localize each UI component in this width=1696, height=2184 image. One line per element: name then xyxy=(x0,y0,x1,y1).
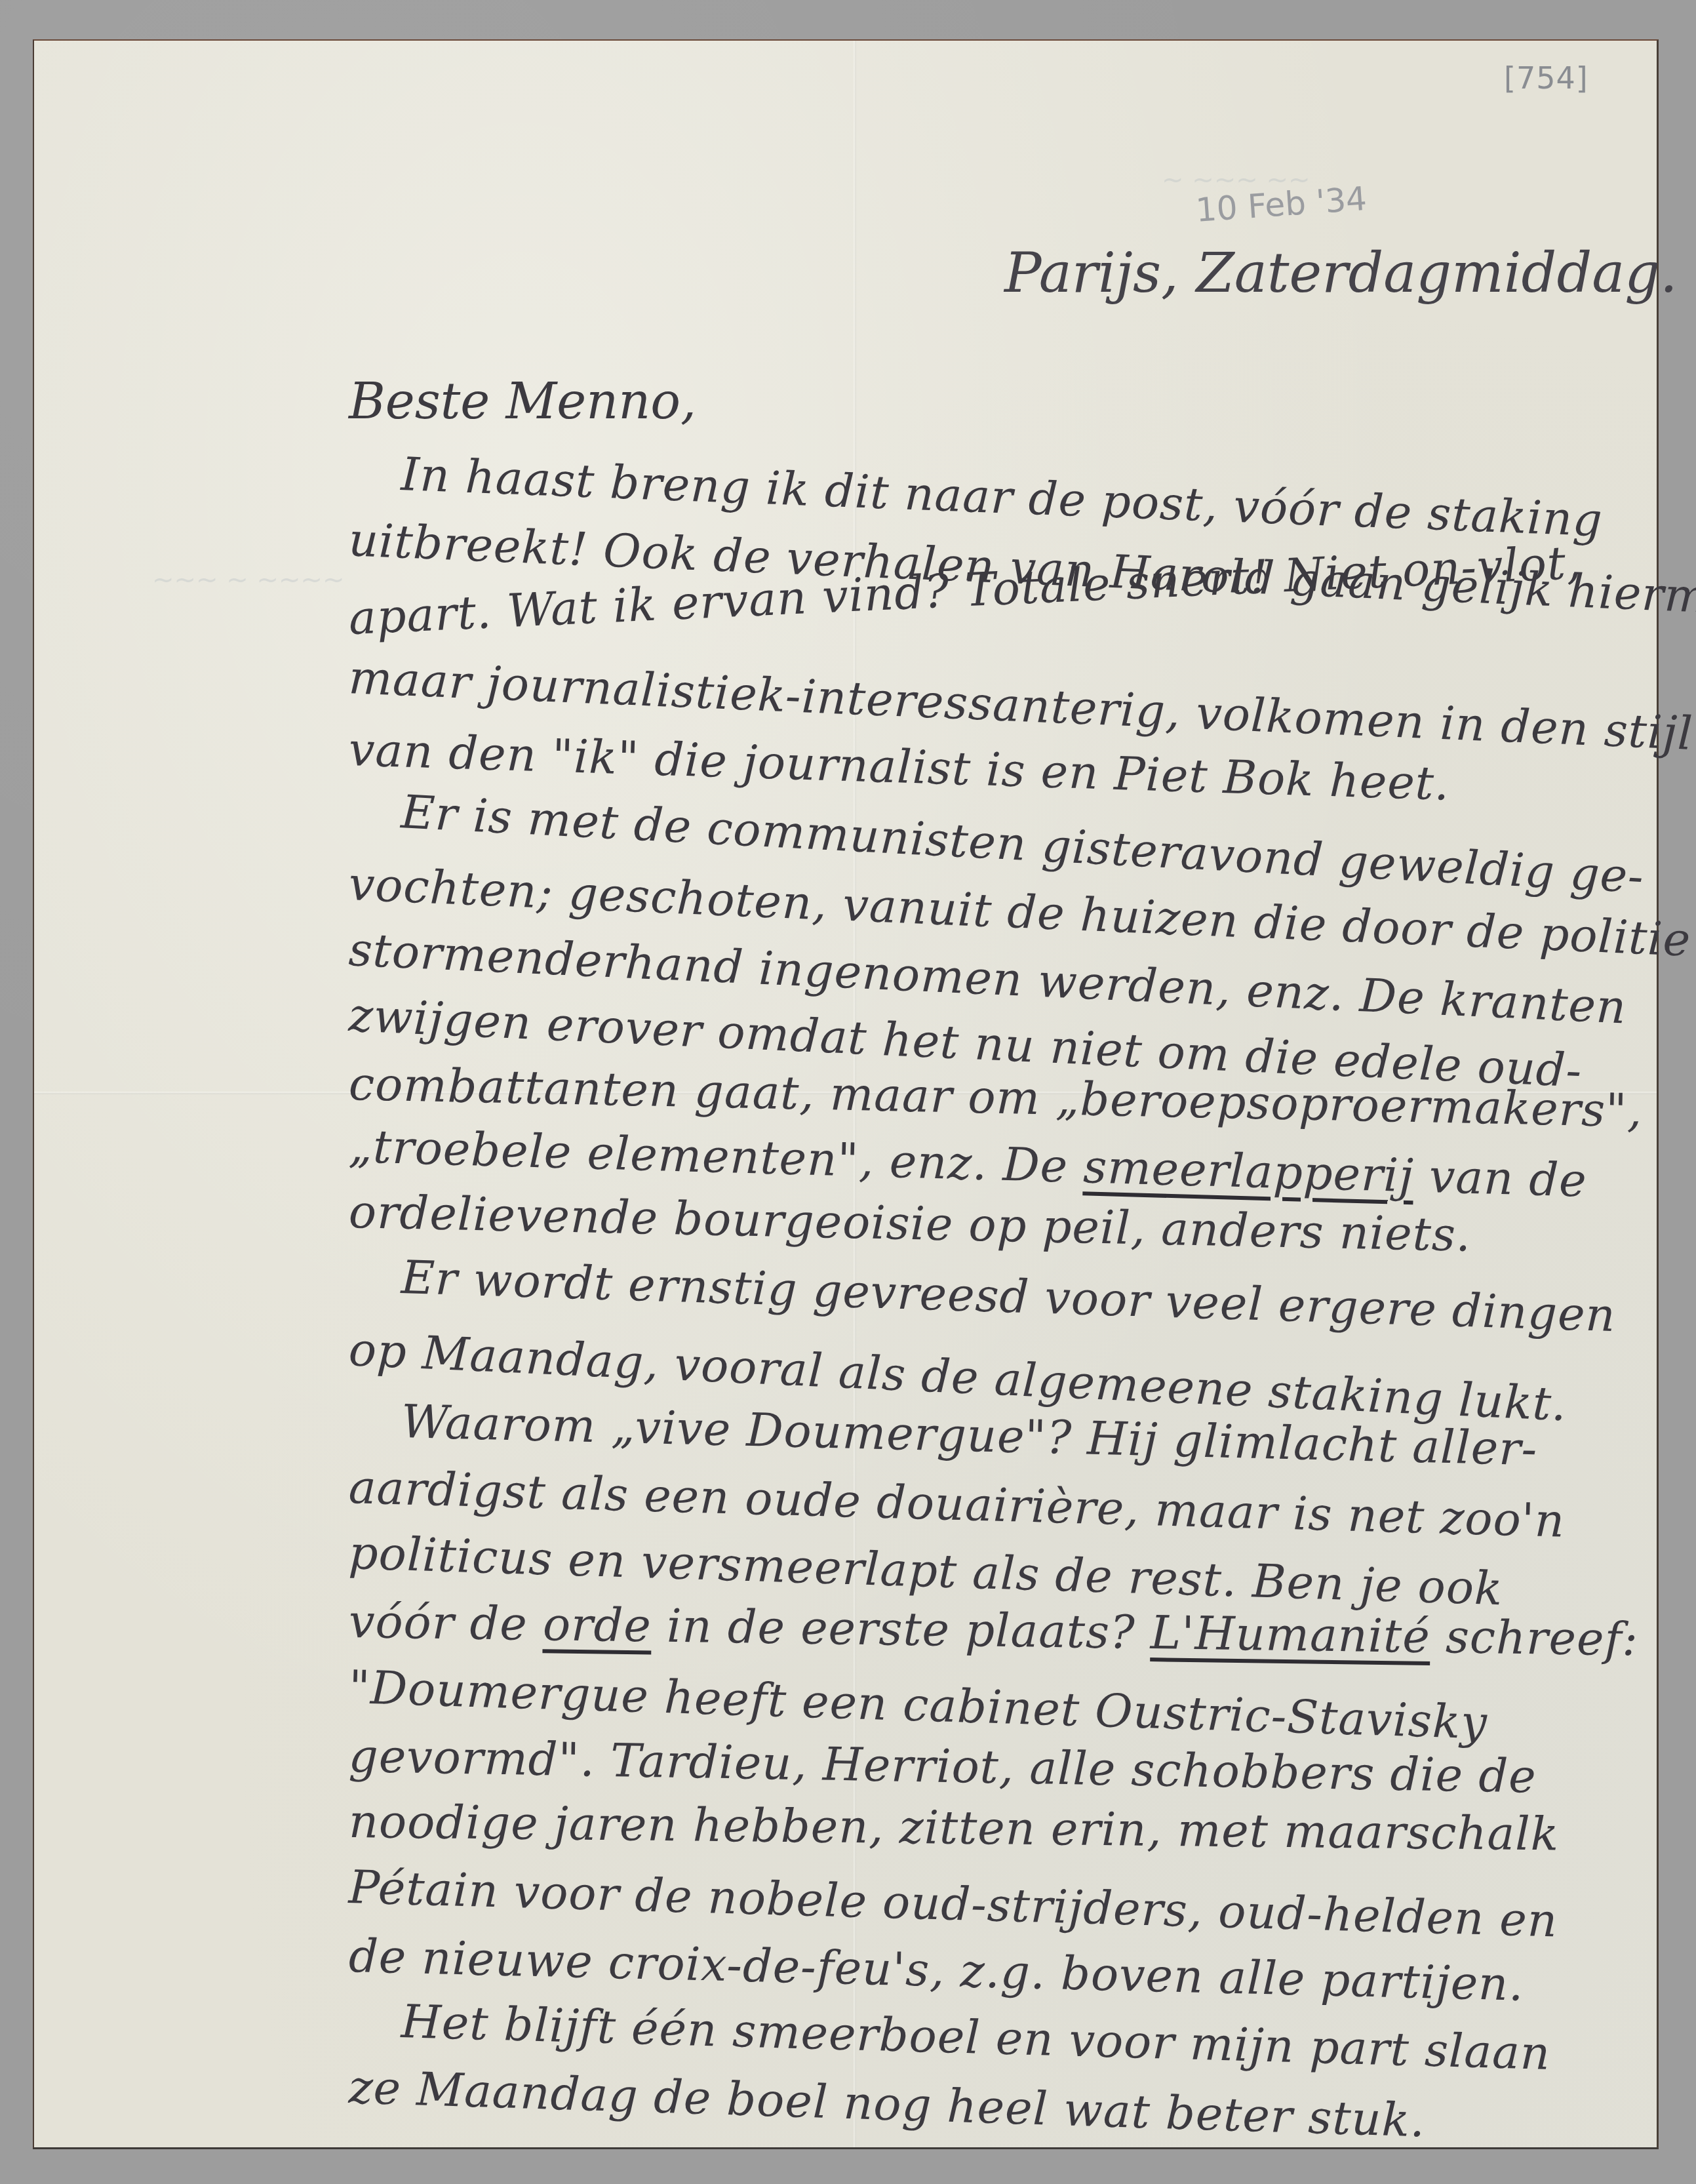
letter-line: Er wordt ernstig gevreesd voor veel erge… xyxy=(401,1250,1617,1342)
salutation: Beste Menno, xyxy=(349,372,696,430)
archive-number: [754] xyxy=(1504,60,1588,96)
ink-show-through: ~~~ ~ ~~~~ xyxy=(152,565,345,595)
line-segment: in de eerste plaats? xyxy=(651,1598,1151,1659)
line-segment: „troebele elementen", enz. De xyxy=(348,1119,1084,1193)
line-segment: vóór de xyxy=(348,1595,543,1651)
line-segment: van de xyxy=(1413,1149,1587,1207)
underlined-word: L'Humanité xyxy=(1150,1606,1430,1663)
line-segment: schreef: xyxy=(1430,1610,1638,1666)
letter-line: noodige jaren hebben, zitten erin, met m… xyxy=(349,1795,1560,1861)
underlined-word: orde xyxy=(542,1597,652,1652)
letter-line: ze Maandag de boel nog heel wat beter st… xyxy=(348,2060,1427,2148)
place-and-date: Parijs, Zaterdagmiddag. xyxy=(1004,241,1678,305)
underlined-word: smeerlapperij xyxy=(1082,1140,1414,1202)
letter-sheet: ~ ~~~ ~~ ~~~ ~ ~~~~ [754] 10 Feb '34 Par… xyxy=(33,39,1659,2149)
